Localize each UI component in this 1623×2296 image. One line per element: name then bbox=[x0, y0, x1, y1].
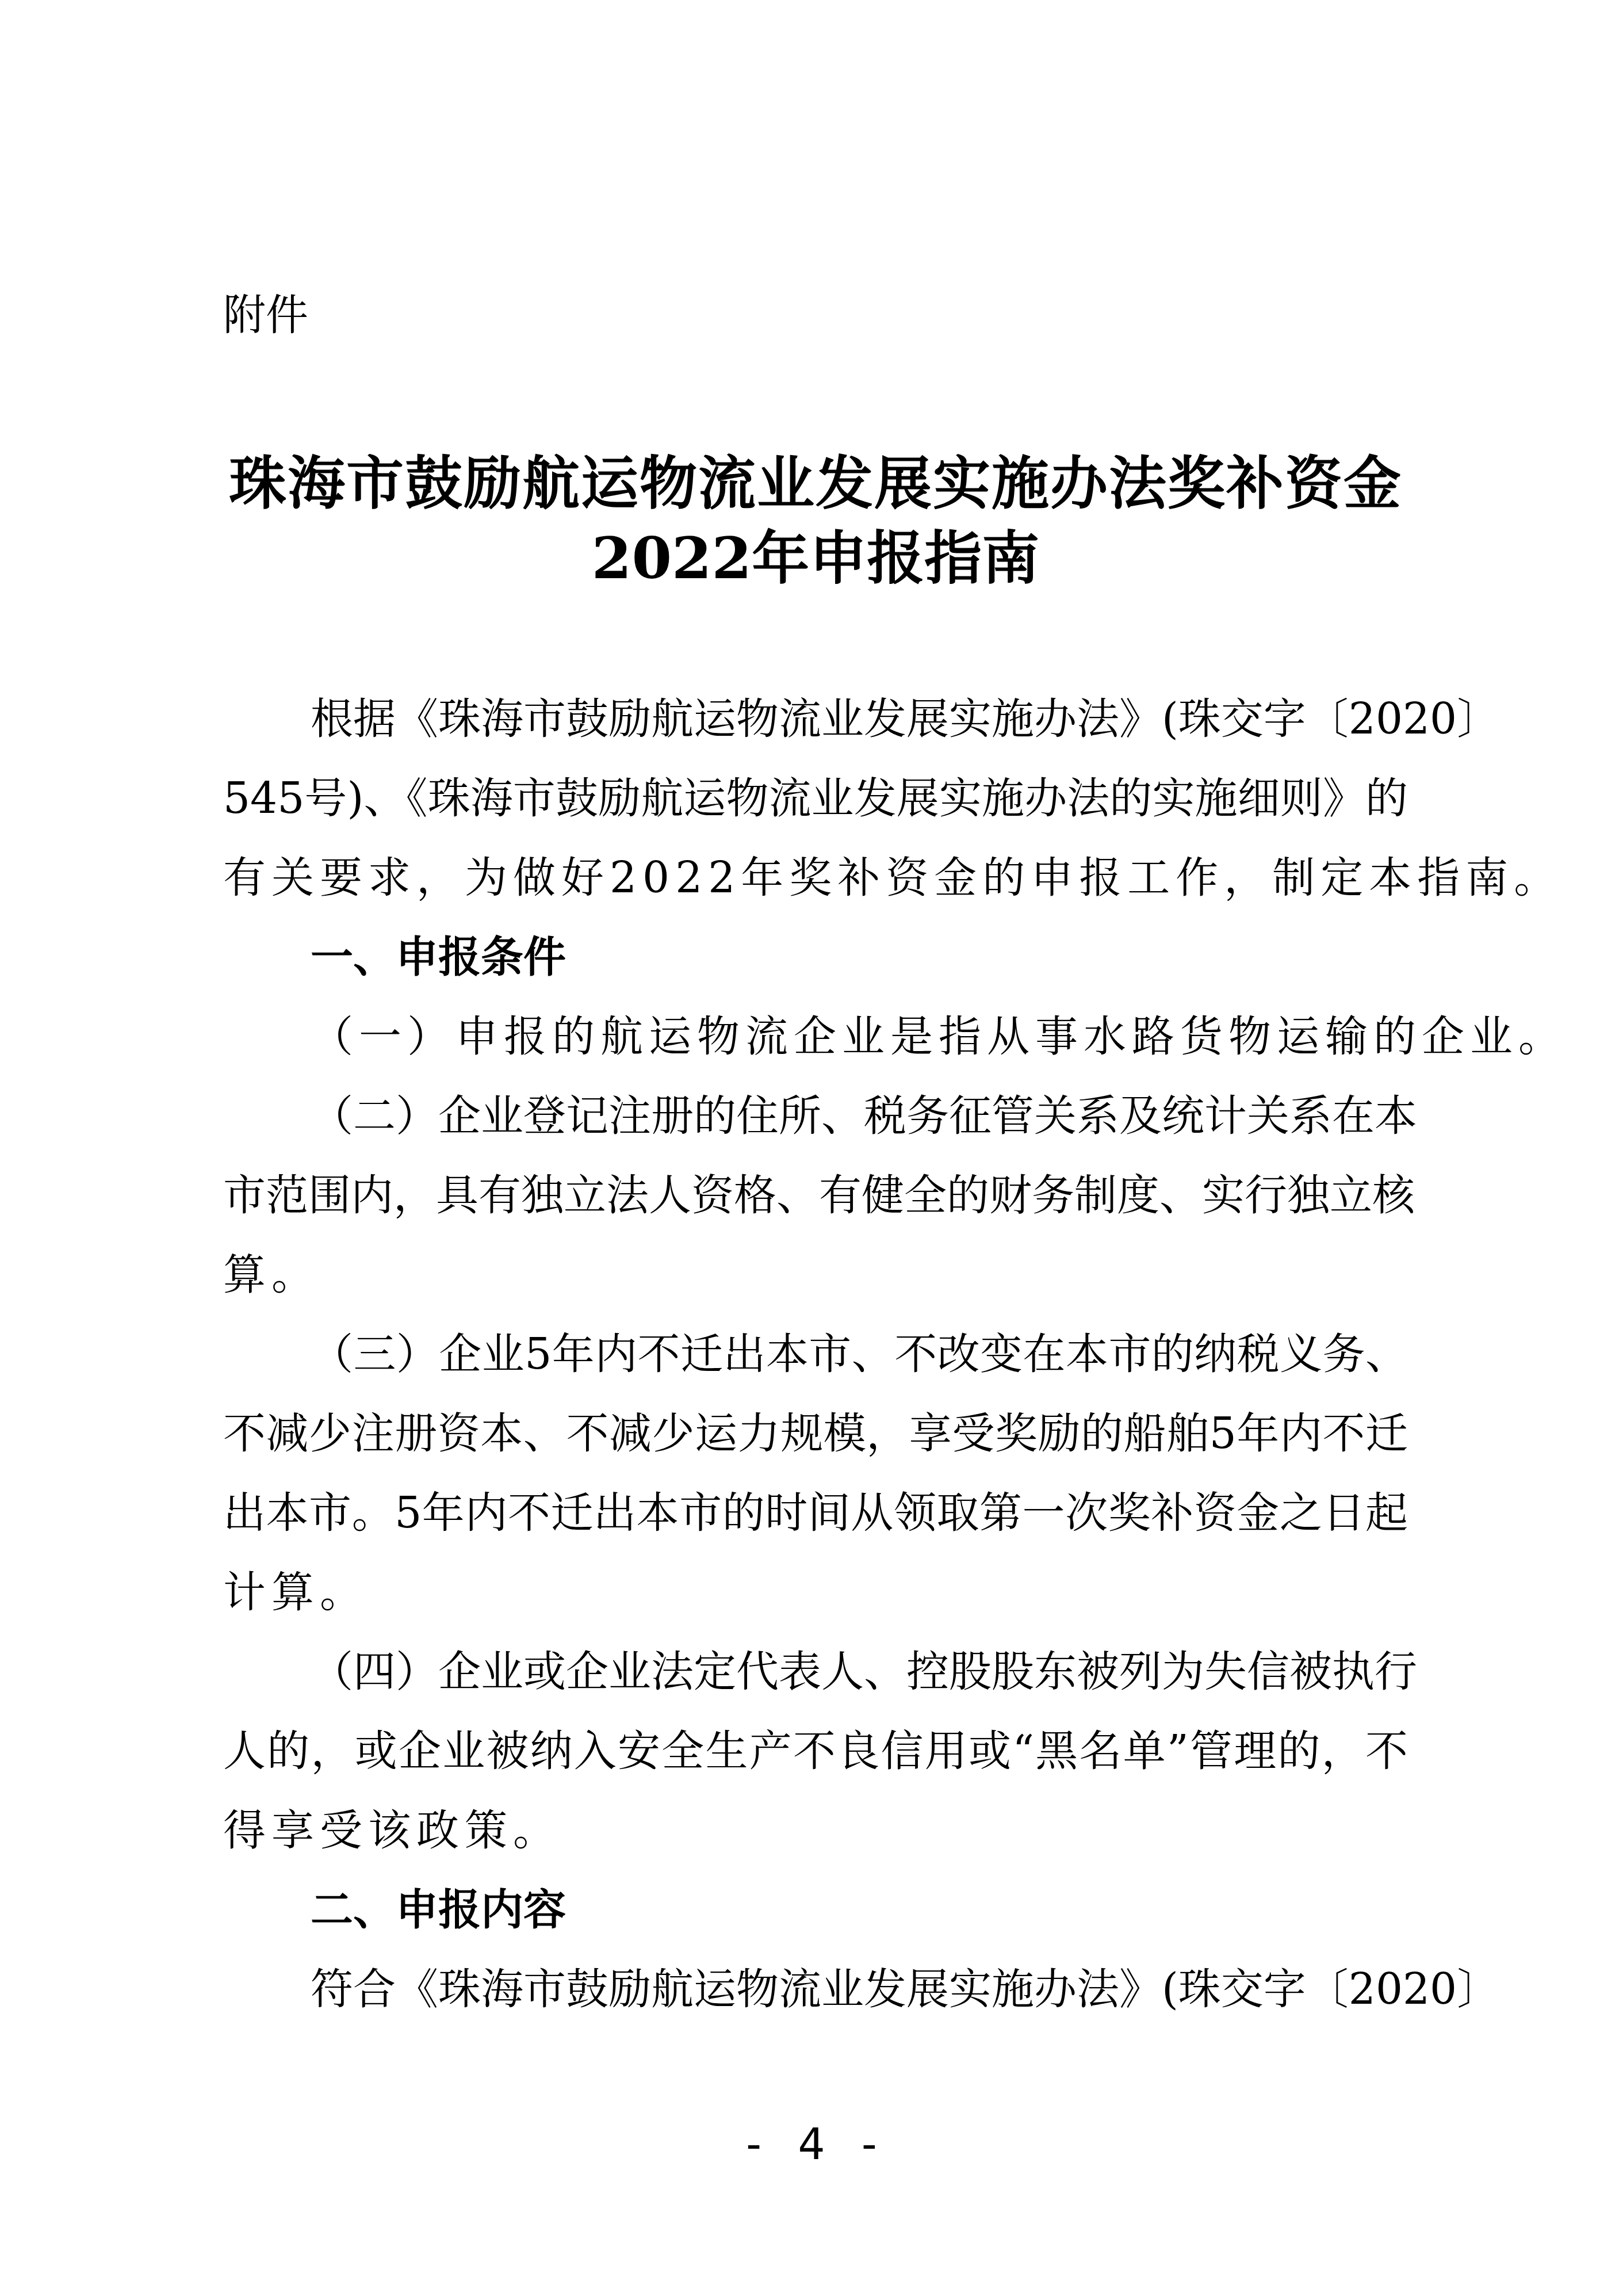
requirement-1-line-1: （一）申报的航运物流企业是指从事水路货物运输的企业。 bbox=[311, 1009, 1408, 1064]
page-number: - 4 - bbox=[0, 2117, 1623, 2172]
document-title-line-1: 珠海市鼓励航运物流业发展实施办法奖补资金 bbox=[223, 446, 1408, 521]
requirement-2-line-1: （二）企业登记注册的住所、税务征管关系及统计关系在本 bbox=[311, 1088, 1408, 1144]
section-heading-requirements: 一、申报条件 bbox=[311, 930, 566, 985]
document-title-line-2: 2022年申报指南 bbox=[223, 521, 1408, 595]
requirement-4-line-2: 人的，或企业被纳入安全生产不良信用或“黑名单”管理的，不 bbox=[223, 1724, 1408, 1779]
requirement-3-line-3: 出本市。5年内不迁出本市的时间从领取第一次奖补资金之日起 bbox=[223, 1485, 1408, 1541]
requirement-3-line-2: 不减少注册资本、不减少运力规模，享受奖励的船舶5年内不迁 bbox=[223, 1406, 1408, 1461]
requirement-3-line-1: （三）企业5年内不迁出本市、不改变在本市的纳税义务、 bbox=[311, 1327, 1408, 1382]
section-heading-content: 二、申报内容 bbox=[311, 1882, 566, 1938]
requirement-3-line-4: 计算。 bbox=[223, 1565, 1408, 1620]
requirement-4-line-1: （四）企业或企业法定代表人、控股股东被列为失信被执行 bbox=[311, 1644, 1408, 1699]
requirement-2-line-3: 算。 bbox=[223, 1247, 1408, 1302]
content-line-1: 符合《珠海市鼓励航运物流业发展实施办法》(珠交字〔2020〕 bbox=[311, 1962, 1408, 2017]
attachment-label: 附件 bbox=[223, 288, 308, 343]
intro-line-2: 545号)、《珠海市鼓励航运物流业发展实施办法的实施细则》的 bbox=[223, 771, 1408, 826]
document-page: 附件 珠海市鼓励航运物流业发展实施办法奖补资金 2022年申报指南 根据《珠海市… bbox=[0, 0, 1623, 2296]
requirement-4-line-3: 得享受该政策。 bbox=[223, 1803, 1408, 1858]
requirement-2-line-2: 市范围内，具有独立法人资格、有健全的财务制度、实行独立核 bbox=[223, 1168, 1408, 1223]
intro-line-1: 根据《珠海市鼓励航运物流业发展实施办法》(珠交字〔2020〕 bbox=[311, 692, 1408, 747]
intro-line-3: 有关要求，为做好2022年奖补资金的申报工作，制定本指南。 bbox=[223, 850, 1408, 906]
